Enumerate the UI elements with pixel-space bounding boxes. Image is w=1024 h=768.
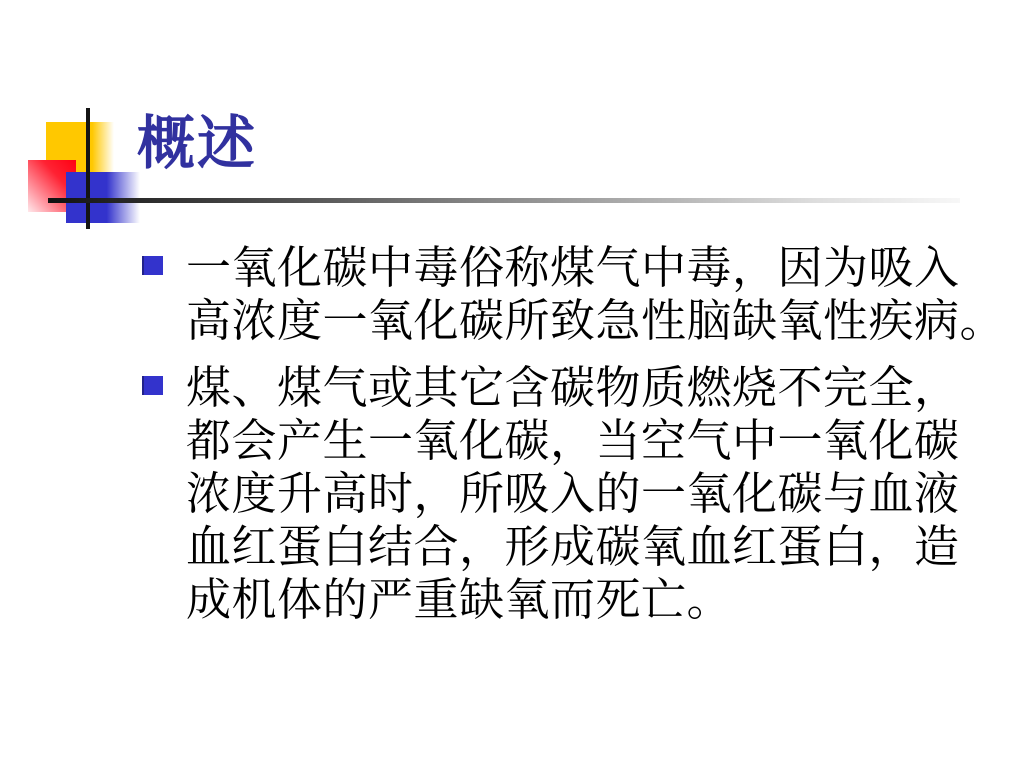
- bullet-square-icon: [142, 256, 163, 275]
- body-text-line: 成机体的严重缺氧而死亡。: [186, 574, 980, 627]
- body-text-line: 血红蛋白结合，形成碳氧血红蛋白，造: [186, 521, 980, 574]
- title-underline-rule: [48, 198, 960, 203]
- body-text-line: 一氧化碳中毒俗称煤气中毒，因为吸入: [186, 242, 980, 295]
- bullet-square-icon: [142, 376, 163, 395]
- body-text-line: 高浓度一氧化碳所致急性脑缺氧性疾病。: [186, 295, 980, 348]
- bullet-item-2: 煤、煤气或其它含碳物质燃烧不完全， 都会产生一氧化碳，当空气中一氧化碳 浓度升高…: [140, 362, 980, 627]
- vertical-line: [86, 108, 90, 229]
- bullet-item-1: 一氧化碳中毒俗称煤气中毒，因为吸入 高浓度一氧化碳所致急性脑缺氧性疾病。: [140, 242, 980, 348]
- body-text-line: 浓度升高时，所吸入的一氧化碳与血液: [186, 468, 980, 521]
- body-text-line: 都会产生一氧化碳，当空气中一氧化碳: [186, 415, 980, 468]
- slide-title: 概述: [137, 112, 257, 176]
- body-text-line: 煤、煤气或其它含碳物质燃烧不完全，: [186, 362, 980, 415]
- slide-body: 一氧化碳中毒俗称煤气中毒，因为吸入 高浓度一氧化碳所致急性脑缺氧性疾病。 煤、煤…: [140, 242, 980, 641]
